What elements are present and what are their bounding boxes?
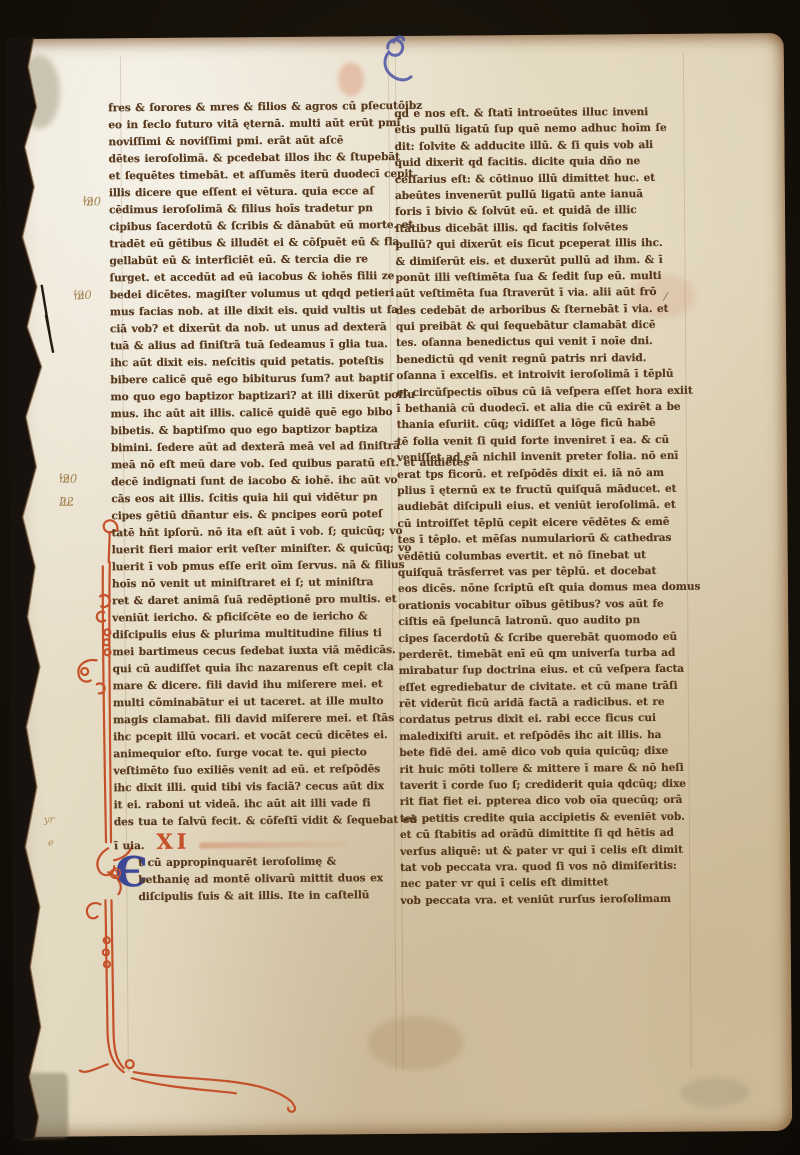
text-line: et ſequētes timebāt. et aſſumēs iterū du… — [109, 166, 385, 185]
manuscript-leaf: mt 20 mt 20 mt 20 lu. 22 yr e / — [8, 33, 793, 1137]
column-2-lines: qd e nos eſt. & ſtatī introeūtes illuc i… — [394, 104, 696, 909]
text-line: bimini. ſedere aūt ad dexterā meā vel ad… — [111, 438, 387, 457]
text-line: bete fidē dei. amē dico vob quia quicūq;… — [399, 743, 695, 762]
text-line: mare & dicere. fili david ihu miſerere m… — [113, 676, 389, 695]
text-line: cās eos ait illis. ſcitis quia hii qui v… — [111, 489, 387, 508]
note-num: 20 — [86, 194, 101, 208]
text-line: meā nō eſt meū dare vob. ſed quibus para… — [111, 455, 387, 474]
rubric-ink-smear — [199, 841, 349, 848]
text-line: tat vob peccata vra. quod ſi vos nō dimi… — [400, 858, 696, 877]
text-line: tes ī tēplo. et mēſas numulariorū & cath… — [398, 530, 694, 549]
pencil-smudge — [680, 1077, 750, 1108]
text-line: rit fiat fiet ei. ppterea dico vob oīa q… — [400, 792, 696, 811]
column-1-lines: fres & ſorores & mres & filios & agros c… — [108, 98, 390, 831]
text-line: animequior eſto. ſurge vocat te. qui pie… — [113, 744, 389, 763]
text-line: tes. oſanna benedictus qui venit ī noīe … — [396, 333, 692, 352]
text-line: ciā vob? et dixerūt da nob. ut unus ad d… — [110, 319, 386, 338]
text-line: ceſſarius eſt: & cōtinuo illū dimittet h… — [395, 169, 691, 188]
text-line: audiebāt diſcipuli eius. et veniūt ieroſ… — [397, 497, 693, 516]
text-line: mus. ihc aūt ait illis. calicē quidē quē… — [111, 404, 387, 423]
text-line: veniūt iericho. & pficiſcēte eo de ieric… — [112, 608, 388, 627]
text-line: ihc pcepit illū vocari. et vocāt cecū di… — [113, 727, 389, 746]
illuminated-initial: Є — [98, 856, 132, 890]
text-line: dit: ſolvite & adducite illū. & ſi quis … — [394, 136, 690, 155]
note-num: 20 — [77, 288, 92, 303]
text-line: diſcipulis eius & plurima multitudine fi… — [112, 625, 388, 644]
text-line: tatē hñt ipſorū. nō ita eſt aūt ī vob. ſ… — [112, 523, 388, 542]
note-num: 20 — [63, 472, 78, 486]
photo-background: mt 20 mt 20 mt 20 lu. 22 yr e / — [0, 0, 800, 1155]
text-line: thania eſuriit. cūq; vidiſſet a lōge fic… — [397, 415, 693, 434]
parchment-stain — [367, 1016, 463, 1071]
text-line: tradēt eū gētibus & illudēt ei & cōſpuēt… — [109, 234, 385, 253]
text-line: ihc aūt dixit eis. neſcitis quid petatis… — [110, 353, 386, 372]
text-line: eos dicēs. nōne ſcriptū eſt quia domus m… — [398, 579, 694, 598]
text-line: multi cōminabātur ei ut taceret. at ille… — [113, 693, 389, 712]
text-line: eo in ſeclo futuro vitā ęternā. multi aū… — [108, 115, 384, 134]
text-line: tuā & alius ad ſiniſtrā tuā ſedeamus ī g… — [110, 336, 386, 355]
text-line: gellabūt eū & interficiēt eū. & tercia d… — [109, 251, 385, 270]
text-line: noviſſimi & noviſſimi pmi. erāt aūt aſcē — [108, 132, 384, 151]
text-line: veſtimēto ſuo exiliēs venit ad eū. et re… — [113, 761, 389, 780]
chapter-numeral: XI — [156, 829, 190, 854]
margin-note-mt20: mt 20 — [83, 194, 87, 208]
text-line: etis pullū ligatū ſup quē nemo adhuc hoī… — [394, 120, 690, 139]
text-line: ihc dixit illi. quid tibi vis faciā? cec… — [114, 778, 390, 797]
text-line: bibetis. & baptiſmo quo ego baptizor bap… — [111, 421, 387, 440]
text-column-1: fres & ſorores & mres & filios & agros c… — [108, 98, 390, 890]
text-line: mei bartimeus cecus ſedebat iuxta viā mē… — [112, 642, 388, 661]
text-line: vob peccata vra. et veniūt rurſus ieroſo… — [400, 890, 696, 909]
text-line: cipes gētiū dñantur eis. & pncipes eorū … — [111, 506, 387, 525]
text-line: orationis vocabitur oībus gētibus? vos a… — [398, 595, 694, 614]
text-line: cēdimus ieroſolimā & filius hoīs tradetu… — [109, 200, 385, 219]
text-line: decē indignati ſunt de iacobo & iohē. ih… — [111, 472, 387, 491]
text-column-2: qd e nos eſt. & ſtatī introeūtes illuc i… — [394, 104, 696, 909]
text-line: oſanna ī excelſis. et introivit ieroſoli… — [396, 366, 692, 385]
margin-note-mt20: mt 20 — [73, 288, 77, 302]
text-line: hoīs nō venit ut miniſtraret ei ſ; ut mi… — [112, 574, 388, 593]
text-line: bibere calicē quē ego bibiturus ſum? aut… — [110, 370, 386, 389]
text-line: illis dicere que eſſent ei vētura. quia … — [109, 183, 385, 202]
text-line: dētes ieroſolimā. & pcedebat illos ihc &… — [109, 149, 385, 168]
chapter-text: t cū appropinquarēt ieroſolimę & bethani… — [138, 853, 390, 906]
text-line: ret & daret animā ſuā redēptionē pro mul… — [112, 591, 388, 610]
text-line: magis clamabat. fili david miſerere mei.… — [113, 710, 389, 729]
text-line: mo quo ego baptizor baptizari? at illi d… — [110, 387, 386, 406]
text-line: ſurget. et accedūt ad eū iacobus & iohēs… — [110, 268, 386, 287]
text-line: mirabatur ſup doctrina eius. et cū veſpe… — [399, 661, 695, 680]
text-line: pullū? qui dixerūt eis ſicut pceperat il… — [395, 235, 691, 254]
text-line: mus facias nob. at ille dixit eis. quid … — [110, 302, 386, 321]
text-line: luerit ī vob pmus eſſe erit oīm ſervus. … — [112, 557, 388, 576]
text-line: luerit fieri maior erit veſter miniſter.… — [112, 540, 388, 559]
initial-filigree-icon — [107, 865, 123, 881]
text-line: veniſſet ad eā nichil invenit preter fol… — [397, 448, 693, 467]
chapter-rubric-line: ī uia.XI — [114, 829, 390, 855]
text-line: et cū ſtabitis ad orādū dimittite ſi qd … — [400, 825, 696, 844]
text-line: it ei. raboni ut videā. ihc aūt ait illi… — [114, 795, 390, 814]
torn-edge — [6, 37, 69, 1139]
text-line: cipibus ſacerdotū & ſcribis & dānabūt eū… — [109, 217, 385, 236]
text-line: fres & ſorores & mres & filios & agros c… — [108, 98, 384, 117]
text-line: aūt veſtimēta ſua ſtraverūt ī via. alii … — [396, 284, 692, 303]
quire-signature-icon — [360, 30, 417, 106]
text-line: bedei dicētes. magiſter volumus ut qdqd … — [110, 285, 386, 304]
text-line: qui cū audiſſet quia ihc nazarenus eſt c… — [113, 659, 389, 678]
